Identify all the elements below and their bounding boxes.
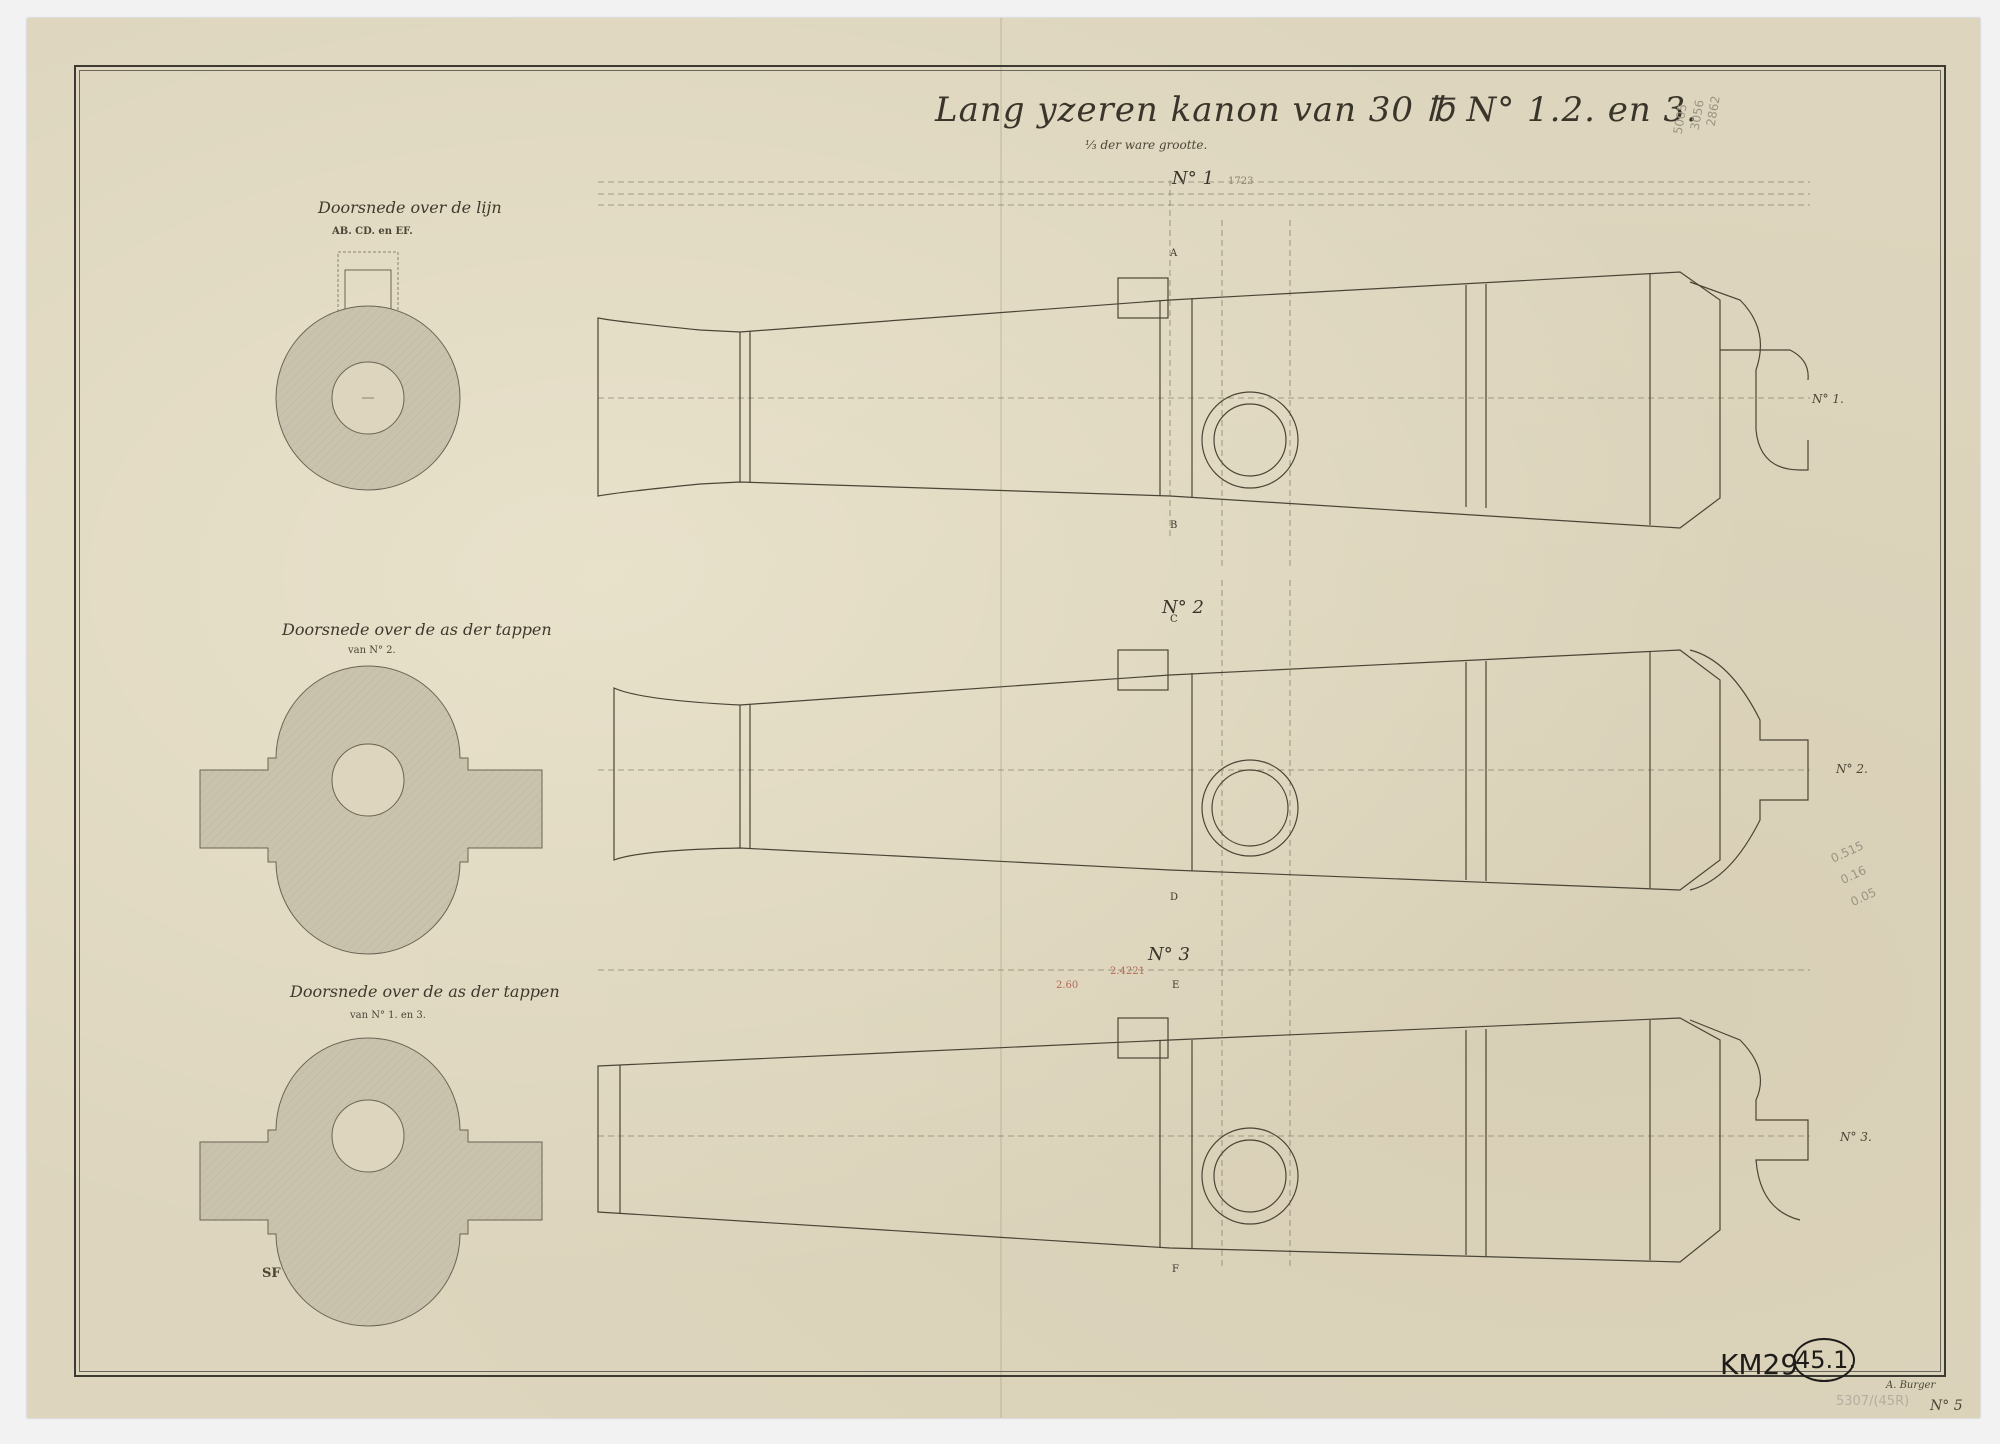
cannon-3 bbox=[598, 1018, 1808, 1262]
dimension-lines bbox=[598, 180, 1810, 1270]
cross-section-ring bbox=[276, 252, 460, 490]
cross-section-trunnion-3 bbox=[200, 1038, 542, 1326]
cannon-1 bbox=[598, 272, 1808, 528]
technical-drawing bbox=[0, 0, 2000, 1444]
cross-section-trunnion-2 bbox=[200, 666, 542, 954]
